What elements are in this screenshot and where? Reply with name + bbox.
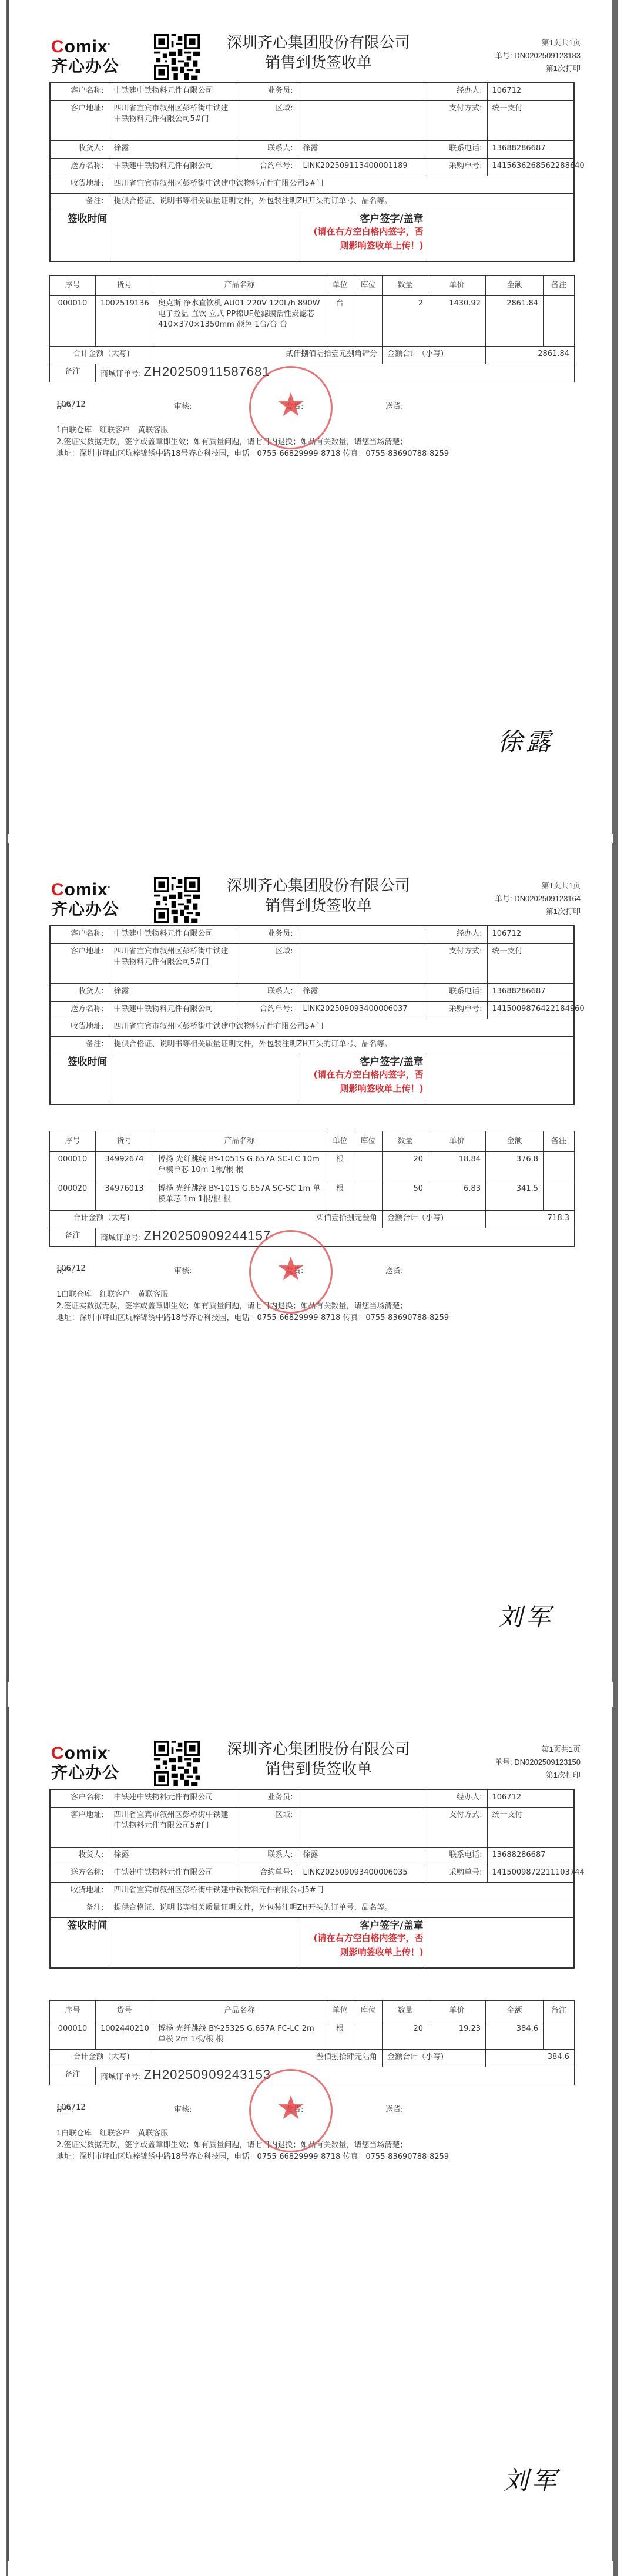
customer-address-value: 四川省宜宾市叙州区彭桥街中铁建中铁物料元件有限公司5#门 [109, 1807, 236, 1847]
column-header: 单位 [326, 1131, 354, 1152]
page-info: 第1页共1页 [495, 36, 581, 49]
note-terms: 2.签证实数据无误，签字或盖章即生效；如有质量问题，请七日内退换；如品有关数量，… [56, 436, 449, 448]
item-unit: 根 [326, 1152, 354, 1181]
sold-to-value: 中铁建中铁物料元件有限公司 [109, 158, 236, 176]
page-edge-left [7, 843, 9, 1682]
customer-sign-note: (请在右方空白格内签字，否 [303, 1931, 424, 1945]
label-payment-method: 支付方式: [425, 100, 487, 140]
item-price: 18.84 [428, 1152, 486, 1181]
sign-time-field[interactable] [109, 211, 298, 261]
label-total-upper: 合计金额（大写) [50, 1211, 153, 1228]
column-header: 备注 [544, 1131, 575, 1152]
column-header: 货号 [96, 1131, 153, 1152]
label-contact-phone: 联系电话: [425, 140, 487, 158]
item-amount: 2861.84 [486, 296, 544, 347]
mall-order-no-value: ZH20250909244157 [144, 1228, 271, 1243]
label-delivery-address: 收货地址: [50, 1882, 109, 1900]
label-salesperson: 业务员: [236, 926, 298, 943]
note-copies: 1白联仓库 红联客户 黄联客服 [56, 1289, 449, 1301]
label-sign-time: 签收时间 [50, 1054, 109, 1104]
contact-value: 徐露 [298, 1847, 425, 1865]
column-header: 单位 [326, 2001, 354, 2021]
label-remark-short: 备注 [50, 364, 96, 382]
comix-logo: Comix• 齐心办公 [51, 878, 128, 920]
label-receiver: 收货人: [50, 983, 109, 1001]
item-sku: 1002440210 [96, 2021, 153, 2050]
label-mall-order-no: 商城订单号: [100, 1234, 141, 1242]
payment-method-value: 统一支付 [487, 100, 574, 140]
customer-address-value: 四川省宜宾市叙州区彭桥街中铁建中铁物料元件有限公司5#门 [109, 100, 236, 140]
customer-sign-label: 客户签字/盖章 (请在右方空白格内签字，否 则影响签收单上传！) [298, 1917, 425, 1968]
items-table: 序号货号产品名称单位库位数量单价金额备注 00001034992674博扬 光纤… [49, 1131, 575, 1247]
receipt-page-1: Comix• 齐心办公 深圳齐心集团股份有限公司 销售到货签收单 第1页共1页 … [7, 0, 617, 834]
column-header: 序号 [50, 2001, 96, 2021]
column-header: 金额 [486, 2001, 544, 2021]
column-header: 单价 [428, 2001, 486, 2021]
column-header: 序号 [50, 1131, 96, 1152]
column-header: 数量 [383, 1131, 428, 1152]
handwritten-signature: 刘军 [504, 2461, 560, 2497]
document-title: 销售到货签收单 [224, 1759, 412, 1779]
item-note [544, 296, 575, 347]
label-region: 区域: [236, 1807, 298, 1847]
total-lower-value: 718.3 [486, 1211, 575, 1228]
document-title: 销售到货签收单 [224, 53, 412, 73]
item-qty: 20 [383, 2021, 428, 2050]
item-name: 博扬 光纤跳线 BY-101S G.657A SC-SC 1m 单模单芯 1m … [153, 1181, 326, 1211]
company-name: 深圳齐心集团股份有限公司 [224, 1739, 412, 1759]
label-remark: 备注: [50, 1900, 109, 1917]
customer-name-value: 中铁建中铁物料元件有限公司 [109, 1789, 236, 1807]
sold-to-value: 中铁建中铁物料元件有限公司 [109, 1001, 236, 1019]
region-value [298, 1807, 425, 1847]
payment-method-value: 统一支付 [487, 1807, 574, 1847]
region-value [298, 100, 425, 140]
delivery-address-value: 四川省宜宾市叙州区彭桥街中铁建中铁物料元件有限公司5#门 [109, 1882, 574, 1900]
logo-text-en: omix [65, 1744, 108, 1763]
handler-value: 106712 [487, 83, 574, 100]
contact-phone-value: 13688286687 [487, 983, 574, 1001]
label-customer-address: 客户地址: [50, 100, 109, 140]
label-reviewer: 审核: [174, 400, 192, 411]
label-handler: 经办人: [425, 1789, 487, 1807]
label-handler: 经办人: [425, 83, 487, 100]
customer-sign-note-2: 则影响签收单上传！) [303, 239, 424, 253]
company-seal-stamp: ★ [249, 2069, 333, 2152]
customer-info-table: 客户名称: 中铁建中铁物料元件有限公司 业务员: 经办人: 106712 客户地… [49, 82, 575, 262]
column-header: 金额 [486, 276, 544, 296]
sign-time-field[interactable] [109, 1054, 298, 1104]
receipt-page-3: Comix• 齐心办公 深圳齐心集团股份有限公司 销售到货签收单 第1页共1页 … [7, 1707, 617, 2561]
page-info: 第1页共1页 [495, 879, 581, 892]
logo-text-cn: 齐心办公 [51, 56, 128, 77]
contact-value: 徐露 [298, 140, 425, 158]
maker-value: 106712 [56, 2103, 86, 2112]
footer-notes: 1白联仓库 红联客户 黄联客服 2.签证实数据无误，签字或盖章即生效；如有质量问… [56, 2128, 449, 2163]
label-payment-method: 支付方式: [425, 943, 487, 983]
column-header: 产品名称 [153, 2001, 326, 2021]
column-header: 产品名称 [153, 276, 326, 296]
label-salesperson: 业务员: [236, 83, 298, 100]
item-qty: 50 [383, 1181, 428, 1211]
label-reviewer: 审核: [174, 2103, 192, 2114]
label-total-lower: 金额合计（小写) [383, 2050, 486, 2067]
note-terms: 2.签证实数据无误，签字或盖章即生效；如有质量问题，请七日内退换；如品有关数量，… [56, 1301, 449, 1312]
logo-mark: C [51, 1744, 65, 1763]
item-loc [354, 1181, 383, 1211]
column-header: 备注 [544, 276, 575, 296]
items-header-row: 序号货号产品名称单位库位数量单价金额备注 [50, 2001, 575, 2021]
handler-value: 106712 [487, 1789, 574, 1807]
item-qty: 2 [383, 296, 428, 347]
item-seq: 000010 [50, 296, 96, 347]
logo-text-en: omix [65, 880, 108, 899]
page-info: 第1页共1页 [495, 1743, 581, 1756]
logo-mark: C [51, 880, 65, 899]
customer-sign-heading: 客户签字/盖章 [303, 1920, 424, 1931]
label-total-upper: 合计金额（大写) [50, 347, 153, 364]
label-customer-name: 客户名称: [50, 83, 109, 100]
column-header: 金额 [486, 1131, 544, 1152]
purchase-no-value: 1415636268562288640 [487, 158, 574, 176]
mall-order-no-value: ZH20250909243153 [144, 2067, 271, 2082]
label-total-lower: 金额合计（小写) [383, 1211, 486, 1228]
label-contract-no: 合约单号: [236, 1865, 298, 1882]
label-sold-to: 送方名称: [50, 1001, 109, 1019]
item-loc [354, 1152, 383, 1181]
column-header: 备注 [544, 2001, 575, 2021]
label-sold-to: 送方名称: [50, 158, 109, 176]
label-contact-phone: 联系电话: [425, 983, 487, 1001]
company-name: 深圳齐心集团股份有限公司 [224, 876, 412, 896]
item-name: 奥克斯 净水直饮机 AU01 220V 120L/h 890W 电子控温 直饮 … [153, 296, 326, 347]
item-amount: 376.8 [486, 1152, 544, 1181]
customer-sign-note: (请在右方空白格内签字，否 [303, 1067, 424, 1082]
customer-name-value: 中铁建中铁物料元件有限公司 [109, 83, 236, 100]
item-row: 0000101002519136奥克斯 净水直饮机 AU01 220V 120L… [50, 296, 575, 347]
item-loc [354, 2021, 383, 2050]
note-address: 地址：深圳市坪山区坑梓锦绣中路18号齐心科技园，电话：0755-66829999… [56, 1312, 449, 1324]
note-copies: 1白联仓库 红联客户 黄联客服 [56, 2128, 449, 2140]
label-region: 区域: [236, 100, 298, 140]
handwritten-signature: 刘军 [498, 1598, 554, 1633]
label-receiver: 收货人: [50, 1847, 109, 1865]
contact-phone-value: 13688286687 [487, 1847, 574, 1865]
label-purchase-no: 采购单号: [425, 1865, 487, 1882]
delivery-address-value: 四川省宜宾市叙州区彭桥街中铁建中铁物料元件有限公司5#门 [109, 176, 574, 193]
item-sku: 34976013 [96, 1181, 153, 1211]
purchase-no-value: 1415009872211103744 [487, 1865, 574, 1882]
sold-to-value: 中铁建中铁物料元件有限公司 [109, 1865, 236, 1882]
contact-value: 徐露 [298, 983, 425, 1001]
contract-no-value: LINK202509113400001189 [298, 158, 425, 176]
column-header: 库位 [354, 1131, 383, 1152]
label-deliverer: 送货: [385, 1264, 403, 1275]
label-payment-method: 支付方式: [425, 1807, 487, 1847]
remark-value: 提供合格证、说明书等相关质量证明文件，外包装注明ZH开头的订单号、品名等。 [109, 193, 574, 211]
label-customer-address: 客户地址: [50, 1807, 109, 1847]
star-icon: ★ [273, 388, 308, 423]
company-seal-stamp: ★ [249, 366, 333, 449]
note-address: 地址：深圳市坪山区坑梓锦绣中路18号齐心科技园，电话：0755-66829999… [56, 2151, 449, 2163]
label-remark: 备注: [50, 1036, 109, 1054]
document-meta: 第1页共1页 单号: DN0202509123164 第1次打印 [495, 879, 581, 918]
comix-logo: Comix• 齐心办公 [51, 1742, 128, 1784]
items-header-row: 序号货号产品名称单位库位数量单价金额备注 [50, 1131, 575, 1152]
customer-sign-note-2: 则影响签收单上传！) [303, 1945, 424, 1959]
receiver-value: 徐露 [109, 140, 236, 158]
receiver-value: 徐露 [109, 1847, 236, 1865]
document-meta: 第1页共1页 单号: DN0202509123183 第1次打印 [495, 36, 581, 75]
mall-order-no-value: ZH2025091158768​1 [144, 364, 270, 379]
customer-name-value: 中铁建中铁物料元件有限公司 [109, 926, 236, 943]
item-price: 1430.92 [428, 296, 486, 347]
logo-text-cn: 齐心办公 [51, 899, 128, 920]
page-edge-left [7, 0, 9, 834]
label-receiver: 收货人: [50, 140, 109, 158]
payment-method-value: 统一支付 [487, 943, 574, 983]
logo-mark: C [51, 37, 65, 56]
customer-info-table: 客户名称: 中铁建中铁物料元件有限公司 业务员: 经办人: 106712 客户地… [49, 1789, 575, 1969]
label-customer-name: 客户名称: [50, 1789, 109, 1807]
item-qty: 20 [383, 1152, 428, 1181]
label-contact: 联系人: [236, 1847, 298, 1865]
label-remark-short: 备注 [50, 2067, 96, 2085]
label-customer-address: 客户地址: [50, 943, 109, 983]
document-number: 单号: DN0202509123164 [495, 892, 581, 905]
document-title: 销售到货签收单 [224, 896, 412, 916]
label-purchase-no: 采购单号: [425, 1001, 487, 1019]
column-header: 数量 [383, 2001, 428, 2021]
item-row: 00002034976013博扬 光纤跳线 BY-101S G.657A SC-… [50, 1181, 575, 1211]
label-contact: 联系人: [236, 140, 298, 158]
item-seq: 000010 [50, 2021, 96, 2050]
logo-text-en: omix [65, 37, 108, 56]
document-header: 深圳齐心集团股份有限公司 销售到货签收单 [224, 876, 412, 916]
column-header: 货号 [96, 276, 153, 296]
customer-sign-field[interactable] [425, 1054, 574, 1104]
print-count: 第1次打印 [495, 1769, 581, 1782]
label-contact-phone: 联系电话: [425, 1847, 487, 1865]
label-mall-order-no: 商城订单号: [100, 2073, 141, 2081]
page-edge-right [612, 843, 617, 1682]
label-total-upper: 合计金额（大写) [50, 2050, 153, 2067]
page-edge-left [7, 1707, 9, 2561]
label-customer-name: 客户名称: [50, 926, 109, 943]
label-handler: 经办人: [425, 926, 487, 943]
label-contact: 联系人: [236, 983, 298, 1001]
items-header-row: 序号货号产品名称单位库位数量单价金额备注 [50, 276, 575, 296]
document-number: 单号: DN0202509123183 [495, 49, 581, 62]
items-table: 序号货号产品名称单位库位数量单价金额备注 0000101002440210博扬 … [49, 2000, 575, 2085]
document-meta: 第1页共1页 单号: DN0202509123150 第1次打印 [495, 1743, 581, 1782]
purchase-no-value: 1415009876422184960 [487, 1001, 574, 1019]
customer-address-value: 四川省宜宾市叙州区彭桥街中铁建中铁物料元件有限公司5#门 [109, 943, 236, 983]
qr-code-icon [154, 1741, 200, 1786]
column-header: 库位 [354, 276, 383, 296]
label-contract-no: 合约单号: [236, 158, 298, 176]
remark-value: 提供合格证、说明书等相关质量证明文件，外包装注明ZH开头的订单号、品名等。 [109, 1900, 574, 1917]
item-name: 博扬 光纤跳线 BY-1051S G.657A SC-LC 10m 单模单芯 1… [153, 1152, 326, 1181]
qr-code-icon [154, 34, 200, 80]
sign-time-field[interactable] [109, 1917, 298, 1968]
star-icon: ★ [273, 1252, 308, 1287]
label-deliverer: 送货: [385, 400, 403, 411]
label-contract-no: 合约单号: [236, 1001, 298, 1019]
item-amount: 341.5 [486, 1181, 544, 1211]
receipt-page-2: Comix• 齐心办公 深圳齐心集团股份有限公司 销售到货签收单 第1页共1页 … [7, 843, 617, 1682]
column-header: 产品名称 [153, 1131, 326, 1152]
star-icon: ★ [273, 2091, 308, 2126]
total-upper-value: 柒佰壹拾捌元叁角 [153, 1211, 383, 1228]
label-total-lower: 金额合计（小写) [383, 347, 486, 364]
contract-no-value: LINK202509093400006037 [298, 1001, 425, 1019]
print-count: 第1次打印 [495, 905, 581, 918]
customer-sign-label: 客户签字/盖章 (请在右方空白格内签字，否 则影响签收单上传！) [298, 1054, 425, 1104]
note-copies: 1白联仓库 红联客户 黄联客服 [56, 425, 449, 436]
region-value [298, 943, 425, 983]
item-loc [354, 296, 383, 347]
customer-sign-label: 客户签字/盖章 (请在右方空白格内签字，否 则影响签收单上传！) [298, 211, 425, 261]
item-sku: 1002519136 [96, 296, 153, 347]
column-header: 货号 [96, 2001, 153, 2021]
customer-info-table: 客户名称: 中铁建中铁物料元件有限公司 业务员: 经办人: 106712 客户地… [49, 925, 575, 1105]
item-note [544, 2021, 575, 2050]
total-upper-value: 贰仟捌佰陆拾壹元捌角肆分 [153, 347, 383, 364]
customer-sign-field[interactable] [425, 1917, 574, 1968]
item-amount: 384.6 [486, 2021, 544, 2050]
label-mall-order-no: 商城订单号: [100, 370, 141, 378]
comix-logo: Comix• 齐心办公 [51, 35, 128, 77]
note-address: 地址：深圳市坪山区坑梓锦绣中路18号齐心科技园，电话：0755-66829999… [56, 448, 449, 460]
label-remark: 备注: [50, 193, 109, 211]
maker-value: 106712 [56, 400, 86, 409]
label-region: 区域: [236, 943, 298, 983]
label-sign-time: 签收时间 [50, 1917, 109, 1968]
item-unit: 根 [326, 2021, 354, 2050]
column-header: 序号 [50, 276, 96, 296]
item-row: 0000101002440210博扬 光纤跳线 BY-2532S G.657A … [50, 2021, 575, 2050]
item-unit: 台 [326, 296, 354, 347]
salesperson-value [298, 926, 425, 943]
print-count: 第1次打印 [495, 62, 581, 75]
item-price: 19.23 [428, 2021, 486, 2050]
column-header: 单价 [428, 1131, 486, 1152]
remark-value: 提供合格证、说明书等相关质量证明文件，外包装注明ZH开头的订单号、品名等。 [109, 1036, 574, 1054]
customer-sign-note: (请在右方空白格内签字，否 [303, 224, 424, 239]
footer-notes: 1白联仓库 红联客户 黄联客服 2.签证实数据无误，签字或盖章即生效；如有质量问… [56, 1289, 449, 1324]
column-header: 单位 [326, 276, 354, 296]
item-row: 00001034992674博扬 光纤跳线 BY-1051S G.657A SC… [50, 1152, 575, 1181]
maker-value: 106712 [56, 1264, 86, 1273]
label-delivery-address: 收货地址: [50, 176, 109, 193]
customer-sign-heading: 客户签字/盖章 [303, 1057, 424, 1067]
document-number: 单号: DN0202509123150 [495, 1756, 581, 1769]
label-delivery-address: 收货地址: [50, 1019, 109, 1036]
label-salesperson: 业务员: [236, 1789, 298, 1807]
item-price: 6.83 [428, 1181, 486, 1211]
document-header: 深圳齐心集团股份有限公司 销售到货签收单 [224, 1739, 412, 1779]
page-edge-right [612, 1707, 617, 2561]
receiver-value: 徐露 [109, 983, 236, 1001]
total-lower-value: 2861.84 [486, 347, 575, 364]
label-deliverer: 送货: [385, 2103, 403, 2114]
contact-phone-value: 13688286687 [487, 140, 574, 158]
logo-text-cn: 齐心办公 [51, 1762, 128, 1784]
item-name: 博扬 光纤跳线 BY-2532S G.657A FC-LC 2m 单模 2m 1… [153, 2021, 326, 2050]
item-seq: 000010 [50, 1152, 96, 1181]
customer-sign-note-2: 则影响签收单上传！) [303, 1082, 424, 1096]
label-purchase-no: 采购单号: [425, 158, 487, 176]
label-sign-time: 签收时间 [50, 211, 109, 261]
company-seal-stamp: ★ [249, 1230, 333, 1314]
column-header: 库位 [354, 2001, 383, 2021]
label-remark-short: 备注 [50, 1228, 96, 1247]
items-table: 序号货号产品名称单位库位数量单价金额备注 0000101002519136奥克斯… [49, 275, 575, 382]
item-note [544, 1152, 575, 1181]
item-note [544, 1181, 575, 1211]
total-upper-value: 叁佰捌拾肆元陆角 [153, 2050, 383, 2067]
footer-notes: 1白联仓库 红联客户 黄联客服 2.签证实数据无误，签字或盖章即生效；如有质量问… [56, 425, 449, 460]
note-terms: 2.签证实数据无误，签字或盖章即生效；如有质量问题，请七日内退换；如品有关数量，… [56, 2140, 449, 2151]
label-reviewer: 审核: [174, 1264, 192, 1275]
column-header: 单价 [428, 276, 486, 296]
item-unit: 根 [326, 1181, 354, 1211]
item-sku: 34992674 [96, 1152, 153, 1181]
item-seq: 000020 [50, 1181, 96, 1211]
customer-sign-heading: 客户签字/盖章 [303, 214, 424, 224]
page-edge-right [612, 0, 617, 834]
column-header: 数量 [383, 276, 428, 296]
customer-sign-field[interactable] [425, 211, 574, 261]
delivery-address-value: 四川省宜宾市叙州区彭桥街中铁建中铁物料元件有限公司5#门 [109, 1019, 574, 1036]
contract-no-value: LINK202509093400006035 [298, 1865, 425, 1882]
qr-code-icon [154, 877, 200, 923]
total-lower-value: 384.6 [486, 2050, 575, 2067]
document-header: 深圳齐心集团股份有限公司 销售到货签收单 [224, 33, 412, 73]
company-name: 深圳齐心集团股份有限公司 [224, 33, 412, 53]
salesperson-value [298, 83, 425, 100]
handwritten-signature: 徐露 [498, 723, 554, 758]
salesperson-value [298, 1789, 425, 1807]
handler-value: 106712 [487, 926, 574, 943]
label-sold-to: 送方名称: [50, 1865, 109, 1882]
